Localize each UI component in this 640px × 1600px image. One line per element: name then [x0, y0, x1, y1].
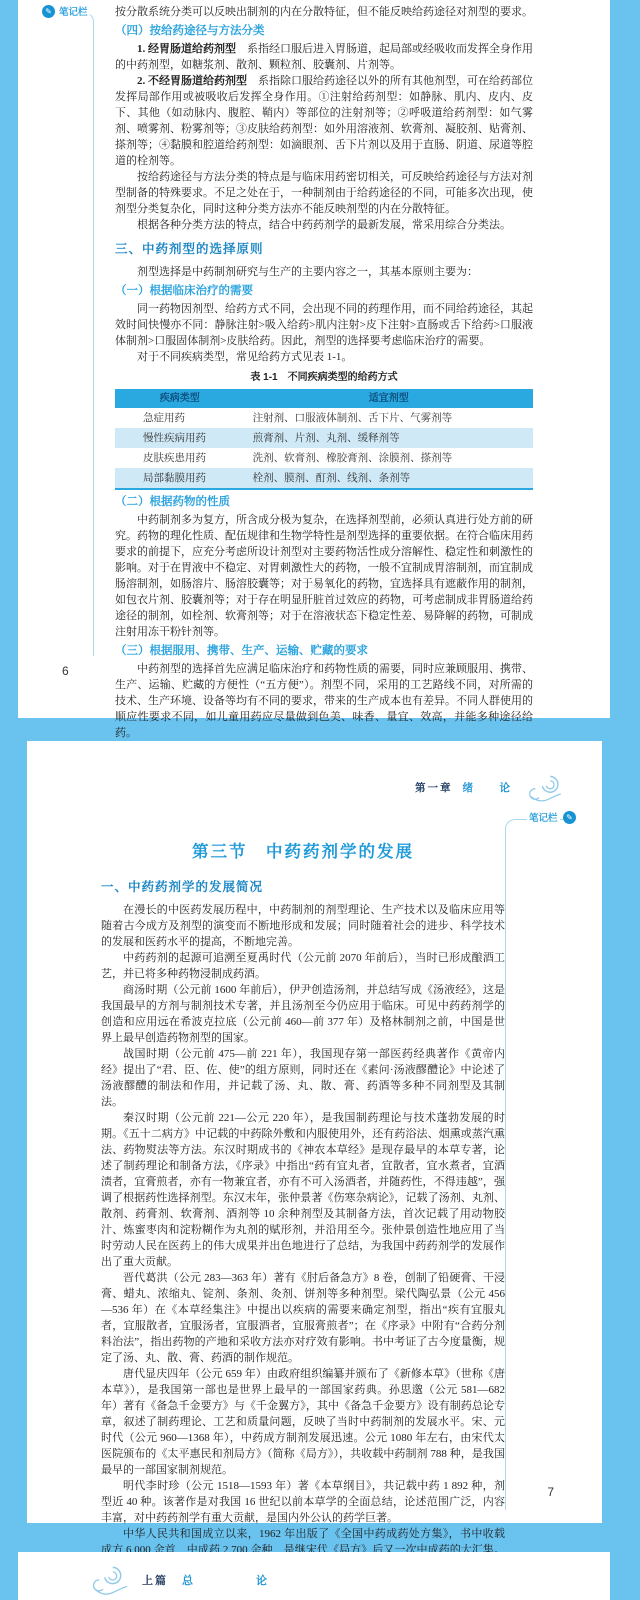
heading-selection-principles: 三、中药剂型的选择原则 [115, 241, 533, 258]
heading-route-classification: （四）按给药途径与方法分类 [115, 23, 533, 39]
heading-drug-properties: （二）根据药物的性质 [115, 494, 533, 510]
cell-suitable-forms: 栓剂、膜剂、酊剂、线剂、条剂等 [245, 468, 533, 489]
cell-suitable-forms: 洗剂、软膏剂、橡胶膏剂、涂膜剂、搽剂等 [245, 448, 533, 468]
paragraph: 战国时期（公元前 475—前 221 年），我国现存第一部医药经典著作《黄帝内经… [101, 1046, 505, 1110]
paragraph: 商汤时期（公元前 1600 年前后），伊尹创造汤剂，并总结写成《汤液经》，这是我… [101, 982, 505, 1046]
cell-disease-type: 急症用药 [115, 408, 245, 428]
cell-disease-type: 局部黏膜用药 [115, 468, 245, 489]
running-head: 第一章 绪 论 [415, 769, 566, 805]
paragraph: 同一药物因剂型、给药方式不同，会出现不同的药理作用，而不同给药途径，其起效时间快… [115, 301, 533, 349]
paragraph-lead: 2. 不经胃肠道给药剂型 [137, 75, 247, 87]
section-title: 第三节 中药药剂学的发展 [101, 841, 505, 863]
cell-suitable-forms: 注射剂、口服液体制剂、舌下片、气雾剂等 [245, 408, 533, 428]
book-page-8: 上篇 总 论 [18, 1552, 610, 1600]
page7-text-column: 第三节 中药药剂学的发展 一、中药药剂学的发展简况 在漫长的中医药发展历程中，中… [101, 841, 505, 1600]
page6-text-column: 按分散系统分类可以反映出制剂的内在分散特征，但不能反映给药途径对剂型的要求。 （… [115, 4, 533, 741]
chapter-title: 绪 论 [463, 780, 519, 795]
cloud-ornament-icon [524, 769, 566, 805]
paragraph: 剂型选择是中药制剂研究与生产的主要内容之一，其基本原则主要为： [115, 264, 533, 280]
notes-column-border [505, 819, 566, 1510]
heading-usage-requirements: （三）根据服用、携带、生产、运输、贮藏的要求 [115, 643, 533, 659]
paragraph: 2. 不经胃肠道给药剂型 系指除口服给药途径以外的所有其他剂型，可在给药部位发挥… [115, 73, 533, 169]
heading-development-overview: 一、中药药剂学的发展简况 [101, 879, 505, 896]
part-title: 总 论 [182, 1572, 293, 1588]
paragraph: 中药制剂多为复方，所含成分极为复杂，在选择剂型前，必须认真进行处方前的研究。药物… [115, 512, 533, 640]
pen-icon: ✎ [42, 5, 55, 18]
notes-column-label: 笔记栏 [57, 6, 90, 19]
table-row: 局部黏膜用药 栓剂、膜剂、酊剂、线剂、条剂等 [115, 468, 533, 489]
notes-column-border [62, 12, 94, 656]
paragraph-body: 系指除口服给药途径以外的所有其他剂型，可在给药部位发挥局部作用或被吸收后发挥全身… [115, 75, 533, 167]
paragraph: 秦汉时期（公元前 221—公元 220 年），是我国制药理论与技术蓬勃发展的时期… [101, 1110, 505, 1270]
paragraph: 对于不同疾病类型，常见给药方式见表 1-1。 [115, 349, 533, 365]
paragraph: 1. 经胃肠道给药剂型 系指经口服后进入胃肠道，起局部或经吸收而发挥全身作用的中… [115, 41, 533, 73]
paragraph: 中药剂型的选择首先应满足临床治疗和药物性质的需要，同时应兼顾服用、携带、生产、运… [115, 661, 533, 741]
table-row: 皮肤疾患用药 洗剂、软膏剂、橡胶膏剂、涂膜剂、搽剂等 [115, 448, 533, 468]
cell-disease-type: 慢性疾病用药 [115, 428, 245, 448]
part-label: 上篇 [142, 1572, 168, 1588]
dosage-form-table: 疾病类型 适宜剂型 急症用药 注射剂、口服液体制剂、舌下片、气雾剂等 慢性疾病用… [115, 389, 533, 490]
book-page-6: ✎ 笔记栏 按分散系统分类可以反映出制剂的内在分散特征，但不能反映给药途径对剂型… [18, 0, 610, 718]
notes-column-label: 笔记栏 [527, 812, 560, 825]
paragraph-lead: 1. 经胃肠道给药剂型 [137, 43, 236, 55]
table-caption: 表 1-1 不同疾病类型的给药方式 [115, 371, 533, 385]
paragraph: 明代李时珍（公元 1518—1593 年）著《本草纲目》，共记载中药 1 892… [101, 1478, 505, 1526]
paragraph: 按分散系统分类可以反映出制剂的内在分散特征，但不能反映给药途径对剂型的要求。 [115, 4, 533, 20]
chapter-label: 第一章 [415, 780, 453, 795]
paragraph: 晋代葛洪（公元 283—363 年）著有《肘后备急方》8 卷，创制了铅硬膏、干浸… [101, 1270, 505, 1366]
pen-icon: ✎ [563, 811, 576, 824]
book-page-7: 第一章 绪 论 笔记栏 ✎ 第三节 中药药剂学的发展 一、中药药剂学的发展简况 … [27, 741, 602, 1523]
table-row: 慢性疾病用药 煎膏剂、片剂、丸剂、缓释剂等 [115, 428, 533, 448]
paragraph: 在漫长的中医药发展历程中，中药制剂的剂型理论、生产技术以及临床应用等随着古今成方… [101, 902, 505, 950]
book-spread: { "palette": { "background_blue": "#6ac3… [0, 0, 640, 1600]
cell-disease-type: 皮肤疾患用药 [115, 448, 245, 468]
paragraph: 按给药途径与方法分类的特点是与临床用药密切相关，可反映给药途径与方法对剂型制备的… [115, 169, 533, 217]
table-header-row: 疾病类型 适宜剂型 [115, 389, 533, 408]
page-number: 6 [62, 664, 69, 678]
cell-suitable-forms: 煎膏剂、片剂、丸剂、缓释剂等 [245, 428, 533, 448]
cloud-ornament-icon [88, 1562, 134, 1598]
heading-clinical-need: （一）根据临床治疗的需要 [115, 283, 533, 299]
paragraph: 中药药剂的起源可追溯至夏禹时代（公元前 2070 年前后），当时已形成酿酒工艺，… [101, 950, 505, 982]
paragraph: 根据各种分类方法的特点，结合中药药剂学的最新发展，常采用综合分类法。 [115, 217, 533, 233]
running-head: 上篇 总 论 [88, 1562, 293, 1598]
table-row: 急症用药 注射剂、口服液体制剂、舌下片、气雾剂等 [115, 408, 533, 428]
paragraph: 唐代显庆四年（公元 659 年）由政府组织编纂并颁布了《新修本草》（世称《唐本草… [101, 1366, 505, 1478]
col-header-suitable-forms: 适宜剂型 [245, 389, 533, 408]
col-header-disease-type: 疾病类型 [115, 389, 245, 408]
